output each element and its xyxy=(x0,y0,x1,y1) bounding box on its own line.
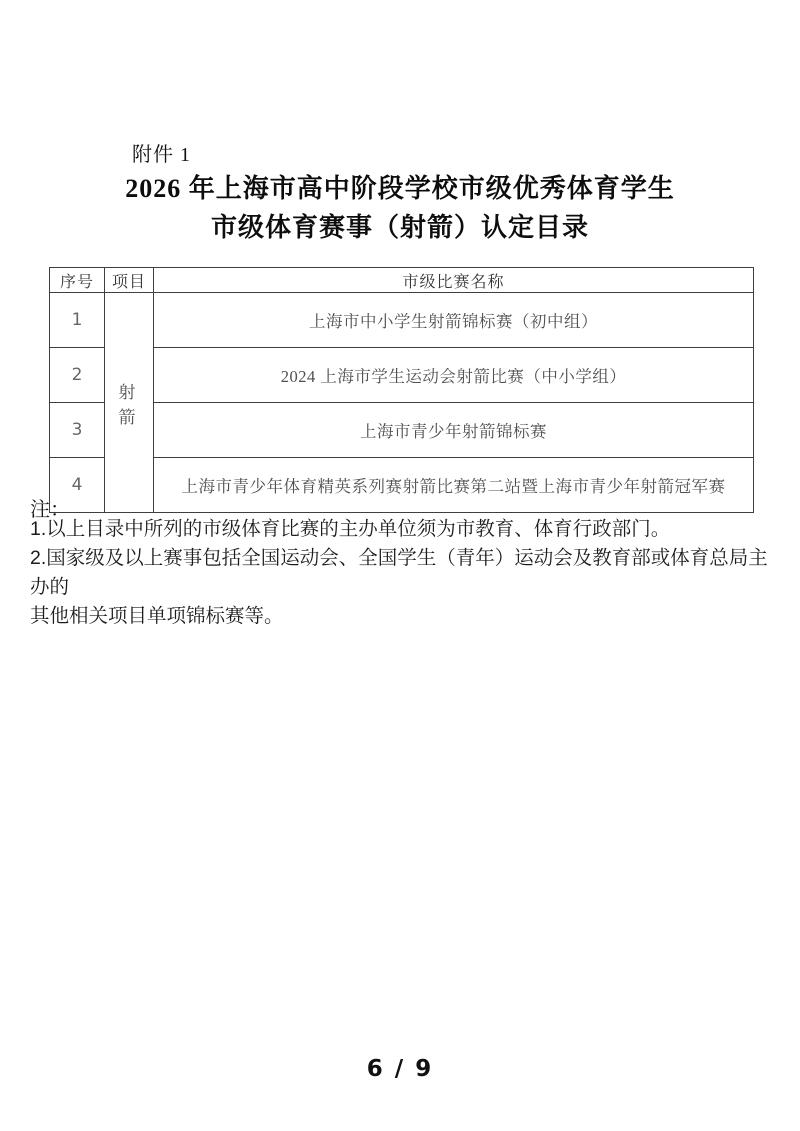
attachment-label: 附件 1 xyxy=(132,138,191,167)
competition-name: 上海市中小学生射箭锦标赛（初中组） xyxy=(154,293,754,348)
column-header-competition: 市级比赛名称 xyxy=(154,268,754,293)
note-line-3: 其他相关项目单项锦标赛等。 xyxy=(30,602,772,631)
table-row: 3 上海市青少年射箭锦标赛 xyxy=(50,403,754,458)
document-page: 附件 1 2026 年上海市高中阶段学校市级优秀体育学生 市级体育赛事（射箭）认… xyxy=(0,0,800,1131)
column-header-serial: 序号 xyxy=(50,268,105,293)
page-number: 6 / 9 xyxy=(0,1056,800,1082)
competition-name: 2024 上海市学生运动会射箭比赛（中小学组） xyxy=(154,348,754,403)
note-line-2: 2.国家级及以上赛事包括全国运动会、全国学生（青年）运动会及教育部或体育总局主办… xyxy=(30,544,772,602)
competition-table: 序号 项目 市级比赛名称 1 射箭 上海市中小学生射箭锦标赛（初中组） 2 20… xyxy=(49,267,754,513)
table-row: 2 2024 上海市学生运动会射箭比赛（中小学组） xyxy=(50,348,754,403)
document-title-line2: 市级体育赛事（射箭）认定目录 xyxy=(0,207,800,244)
sport-merged-cell: 射箭 xyxy=(105,293,154,513)
column-header-sport: 项目 xyxy=(105,268,154,293)
document-title-line1: 2026 年上海市高中阶段学校市级优秀体育学生 xyxy=(0,168,800,205)
note-line-1: 1.以上目录中所列的市级体育比赛的主办单位须为市教育、体育行政部门。 xyxy=(30,515,772,544)
competition-name: 上海市青少年射箭锦标赛 xyxy=(154,403,754,458)
notes-block: 1.以上目录中所列的市级体育比赛的主办单位须为市教育、体育行政部门。 2.国家级… xyxy=(30,515,772,631)
row-serial: 2 xyxy=(50,348,105,403)
table-row: 4 上海市青少年体育精英系列赛射箭比赛第二站暨上海市青少年射箭冠军赛 xyxy=(50,458,754,513)
table-row: 1 射箭 上海市中小学生射箭锦标赛（初中组） xyxy=(50,293,754,348)
row-serial: 1 xyxy=(50,293,105,348)
competition-name: 上海市青少年体育精英系列赛射箭比赛第二站暨上海市青少年射箭冠军赛 xyxy=(154,458,754,513)
table-header-row: 序号 项目 市级比赛名称 xyxy=(50,268,754,293)
row-serial: 3 xyxy=(50,403,105,458)
